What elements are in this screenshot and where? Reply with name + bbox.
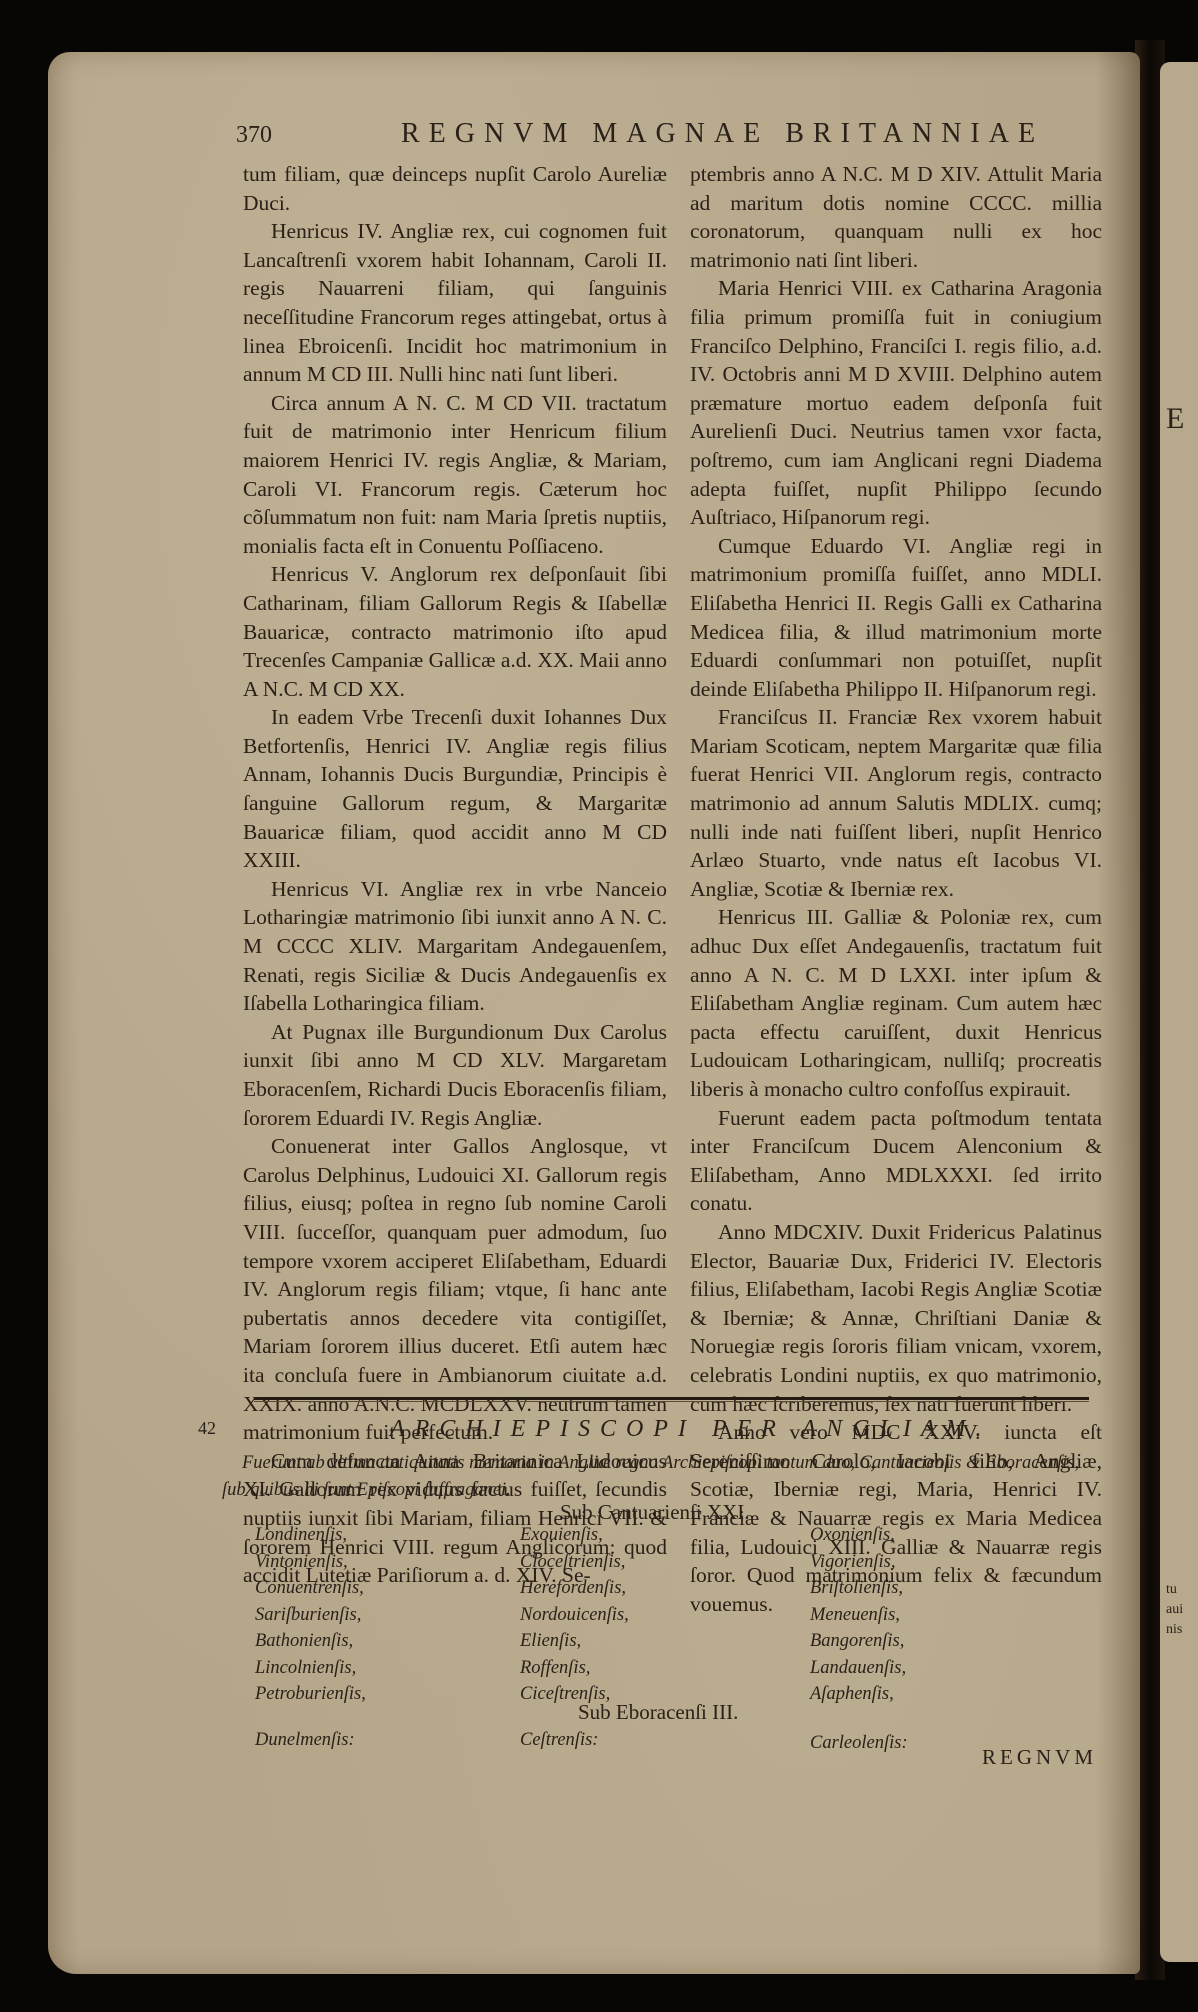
paragraph: Fuerunt eadem pacta poſtmodum tentata in… — [690, 1104, 1102, 1218]
paragraph: Franciſcus II. Franciæ Rex vxorem habuit… — [690, 703, 1102, 903]
paragraph: Henricus V. Anglorum rex deſponſauit ſib… — [243, 560, 667, 703]
signature-mark: 42 — [198, 1418, 216, 1439]
paragraph: Anno MDCXIV. Duxit Fridericus Palatinus … — [690, 1218, 1102, 1418]
paragraph: In eadem Vrbe Trecenſi duxit Iohannes Du… — [243, 703, 667, 875]
paragraph: Maria Henrici VIII. ex Catharina Aragoni… — [690, 274, 1102, 531]
paragraph: Henricus IV. Angliæ rex, cui cognomen fu… — [243, 217, 667, 389]
catchword: REGNVM — [982, 1745, 1097, 1770]
diocese: Landauenſis, — [810, 1655, 906, 1682]
diocese: Nordouicenſis, — [520, 1602, 629, 1629]
diocese: Bangorenſis, — [810, 1628, 906, 1655]
paragraph: At Pugnax ille Burgundionum Dux Carolus … — [243, 1018, 667, 1132]
paragraph: Henricus III. Galliæ & Poloniæ rex, cum … — [690, 903, 1102, 1103]
paragraph: tum filiam, quæ deinceps nupſit Carolo A… — [243, 160, 667, 217]
york-diocese-column-2: Ceſtrenſis: — [520, 1727, 598, 1754]
paragraph: ptembris anno A N.C. M D XIV. Attulit Ma… — [690, 160, 1102, 274]
diocese: Cloceſtrienſis, — [520, 1549, 629, 1576]
diocese: Bathonienſis, — [255, 1628, 366, 1655]
diocese: Aſaphenſis, — [810, 1681, 906, 1708]
running-head: 370 REGNVM MAGNAE BRITANNIAE — [236, 118, 1106, 158]
diocese: Petroburienſis, — [255, 1681, 366, 1708]
diocese: Vigorienſis, — [810, 1549, 906, 1576]
section-title: ARCHIEPISCOPI PER ANGLIAM. — [390, 1416, 992, 1443]
york-diocese-column-3: Carleolenſis: — [810, 1730, 908, 1757]
section-divider-rule — [254, 1397, 1089, 1400]
diocese: Oxonienſis, — [810, 1522, 906, 1549]
diocese-column-1: Londinenſis, Vintonienſis, Conuentrenſis… — [255, 1522, 366, 1708]
facing-page-edge: E tu aui nis — [1160, 62, 1198, 1962]
page-number: 370 — [236, 122, 272, 149]
diocese: Ceſtrenſis: — [520, 1727, 598, 1754]
york-heading: Sub Eboracenſi III. — [578, 1700, 738, 1725]
paragraph: Cumque Eduardo VI. Angliæ regi in matrim… — [690, 532, 1102, 704]
paragraph: Henricus VI. Angliæ rex in vrbe Nanceio … — [243, 875, 667, 1018]
diocese: Dunelmenſis: — [255, 1727, 355, 1754]
section-intro: Fuerunt ab vltima antiquitatis memoria i… — [222, 1450, 1092, 1504]
section-divider-rule-thin — [254, 1401, 1089, 1402]
diocese: Londinenſis, — [255, 1522, 366, 1549]
diocese: Vintonienſis, — [255, 1549, 366, 1576]
diocese-column-2: Exouienſis, Cloceſtrienſis, Herefordenſi… — [520, 1522, 629, 1708]
left-text-column: tum filiam, quæ deinceps nupſit Carolo A… — [243, 160, 667, 1590]
facing-text-fragment: aui — [1166, 1602, 1183, 1618]
diocese: Conuentrenſis, — [255, 1575, 366, 1602]
diocese: Carleolenſis: — [810, 1730, 908, 1757]
diocese: Roffenſis, — [520, 1655, 629, 1682]
running-title: REGNVM MAGNAE BRITANNIAE — [401, 118, 1044, 150]
facing-text-fragment: tu — [1166, 1582, 1177, 1598]
diocese: Exouienſis, — [520, 1522, 629, 1549]
diocese: Herefordenſis, — [520, 1575, 629, 1602]
facing-initial-fragment: E — [1166, 402, 1184, 436]
diocese: Elienſis, — [520, 1628, 629, 1655]
diocese-column-3: Oxonienſis, Vigorienſis, Briſtolienſis, … — [810, 1522, 906, 1708]
diocese: Lincolnienſis, — [255, 1655, 366, 1682]
york-diocese-column-1: Dunelmenſis: — [255, 1727, 355, 1754]
facing-text-fragment: nis — [1166, 1622, 1182, 1638]
diocese: Sariſburienſis, — [255, 1602, 366, 1629]
diocese: Meneuenſis, — [810, 1602, 906, 1629]
paragraph: Circa annum A N. C. M CD VII. tractatum … — [243, 389, 667, 561]
diocese: Briſtolienſis, — [810, 1575, 906, 1602]
